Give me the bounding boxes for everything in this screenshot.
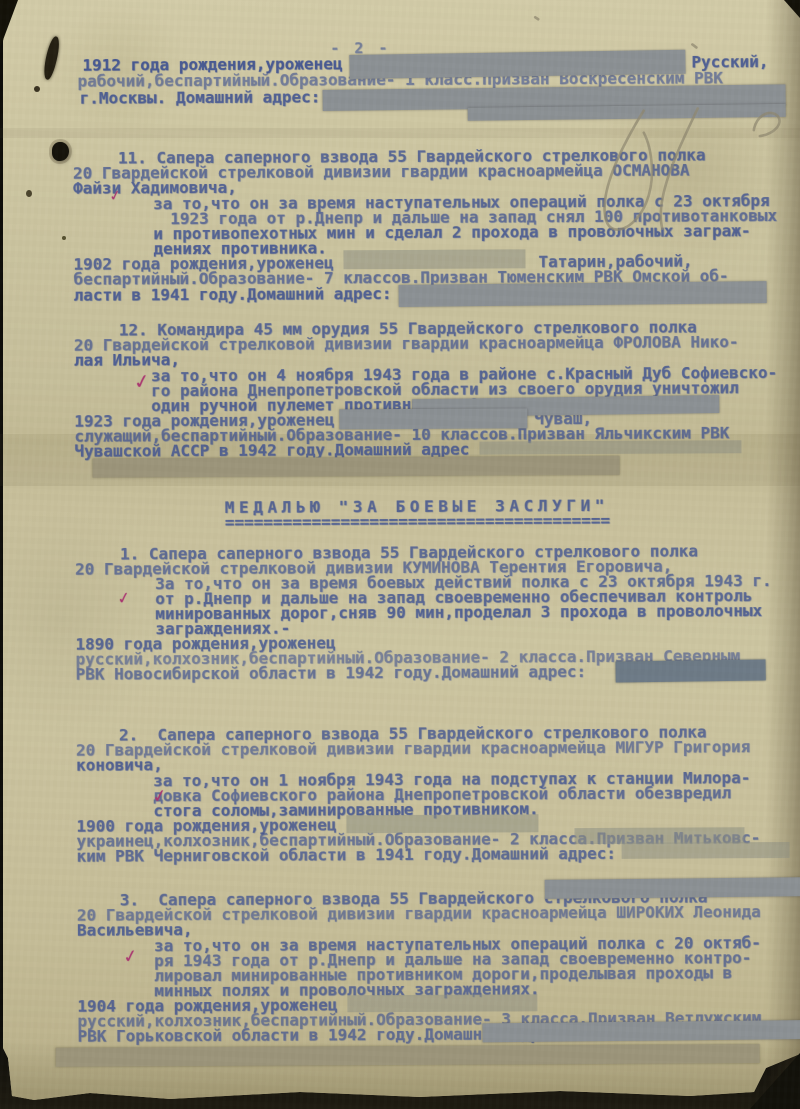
redaction-bar xyxy=(343,249,525,269)
redaction-bar xyxy=(56,1044,760,1067)
redaction-bar xyxy=(339,408,527,429)
redaction-bar xyxy=(622,842,790,859)
pencil-scrawl xyxy=(692,44,696,47)
redaction-bar xyxy=(615,659,765,682)
redaction-bar xyxy=(346,814,538,833)
redaction-bar xyxy=(347,994,537,1012)
typewritten-content: - 2 -1912 года рождения,уроженецРусский,… xyxy=(0,0,800,1109)
handwritten-checkmark: ✓ xyxy=(122,943,138,969)
medal-title-underline: ======================================== xyxy=(225,512,610,532)
typewritten-line: ким РВК Черниговской области в 1941 году… xyxy=(77,845,617,866)
redaction-bar xyxy=(468,104,786,121)
pencil-scrawl xyxy=(535,17,538,19)
redaction-bar xyxy=(482,1020,800,1042)
handwritten-checkmark: ✓ xyxy=(116,587,130,610)
redaction-bar xyxy=(479,440,741,454)
scanned-document-photo: - 2 -1912 года рождения,уроженецРусский,… xyxy=(0,0,800,1109)
typewritten-line: 20 Гвардейской стрелковой дивизии гварди… xyxy=(76,738,750,760)
typewritten-line: г.Москвы. Домашний адрес: xyxy=(80,88,321,107)
redaction-bar xyxy=(93,456,620,478)
typewritten-line: РВК Новосибирской области в 1942 году.До… xyxy=(76,663,587,684)
redaction-bar xyxy=(399,281,767,307)
redaction-bar xyxy=(545,877,800,899)
typewritten-line: ласти в 1941 году.Домашний адрес: xyxy=(74,285,392,305)
handwritten-checkmark: ✓ xyxy=(133,368,151,395)
typewritten-line: коновича, xyxy=(76,756,163,774)
